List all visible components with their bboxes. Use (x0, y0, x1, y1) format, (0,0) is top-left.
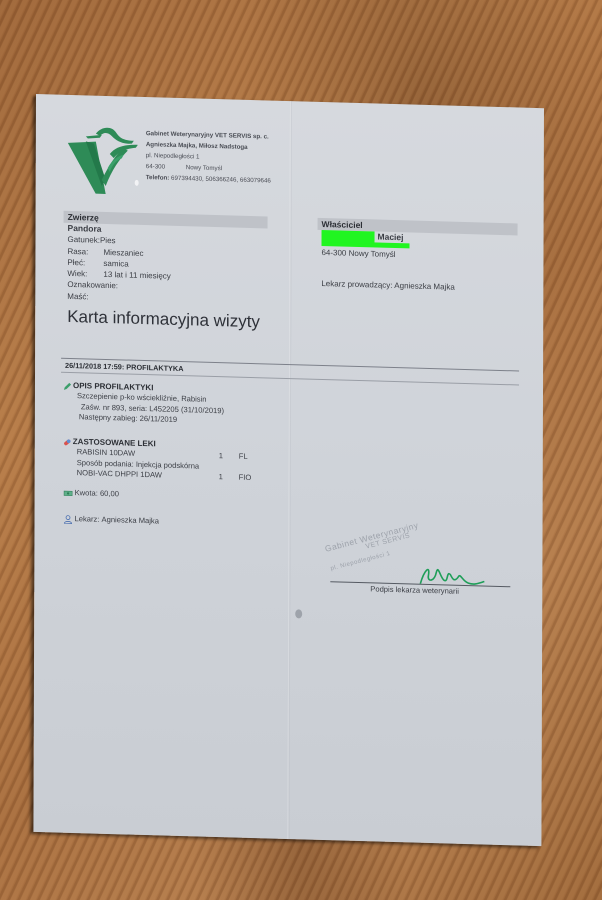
redacted-surname (322, 230, 375, 243)
document-sheet: Gabinet Weterynaryjny VET SERVIS sp. c. … (33, 94, 544, 846)
attending-doctor-value: Agnieszka Majka (394, 281, 455, 292)
medicine-unit: FIO (239, 473, 252, 484)
amount-label: Kwota: (75, 488, 98, 499)
species-value: Pies (100, 235, 116, 247)
owner-address: 64-300 Nowy Tomyśl (321, 247, 454, 262)
owner-details: Maciej 64-300 Nowy Tomyśl Lekarz prowadz… (321, 218, 455, 293)
paper-mark (295, 609, 302, 618)
doctor-row: Lekarz: Agnieszka Majka (63, 514, 159, 527)
clinic-phone-label: Telefon: (146, 172, 170, 184)
species-label: Gatunek: (67, 234, 100, 246)
clinic-phones: 697394430, 506366246, 663079646 (171, 173, 271, 187)
vet-servis-logo-icon (66, 123, 142, 199)
clinic-stamp: Gabinet Weterynaryjny VET SERVIS pl. Nie… (324, 507, 487, 612)
doctor-icon (63, 514, 74, 523)
paper-fold-line (287, 101, 292, 839)
coat-label: Maść: (67, 291, 88, 303)
medicine-unit: FL (239, 452, 248, 463)
doctor-value: Agnieszka Majka (102, 515, 159, 527)
owner-first-name: Maciej (378, 232, 404, 245)
money-icon (63, 488, 74, 497)
prophylaxis-section: OPIS PROFILAKTYKI Szczepienie p-ko wście… (63, 381, 224, 427)
visit-header: 26/11/2018 17:59: PROFILAKTYKA (65, 361, 183, 373)
attending-doctor-label: Lekarz prowadzący: (321, 279, 392, 290)
amount-value: 60,00 (100, 489, 119, 500)
amount-row: Kwota: 60,00 (63, 488, 119, 500)
sex-value: samica (103, 258, 128, 270)
animal-details: Pandora Gatunek:Pies Rasa:Mieszaniec Płe… (67, 211, 171, 305)
medicines-section: ZASTOSOWANE LEKI RABISIN 10DAW 1 FL Spos… (63, 437, 252, 483)
pill-icon (63, 437, 72, 446)
doctor-label: Lekarz: (75, 514, 100, 525)
pencil-icon (63, 381, 72, 390)
clinic-info: Gabinet Weterynaryjny VET SERVIS sp. c. … (146, 128, 271, 186)
page-title: Karta informacyjna wizyty (67, 307, 260, 332)
medicine-qty: 1 (219, 451, 239, 462)
stamp-text: Gabinet Weterynaryjny (324, 507, 471, 554)
medicine-qty: 1 (219, 472, 239, 483)
